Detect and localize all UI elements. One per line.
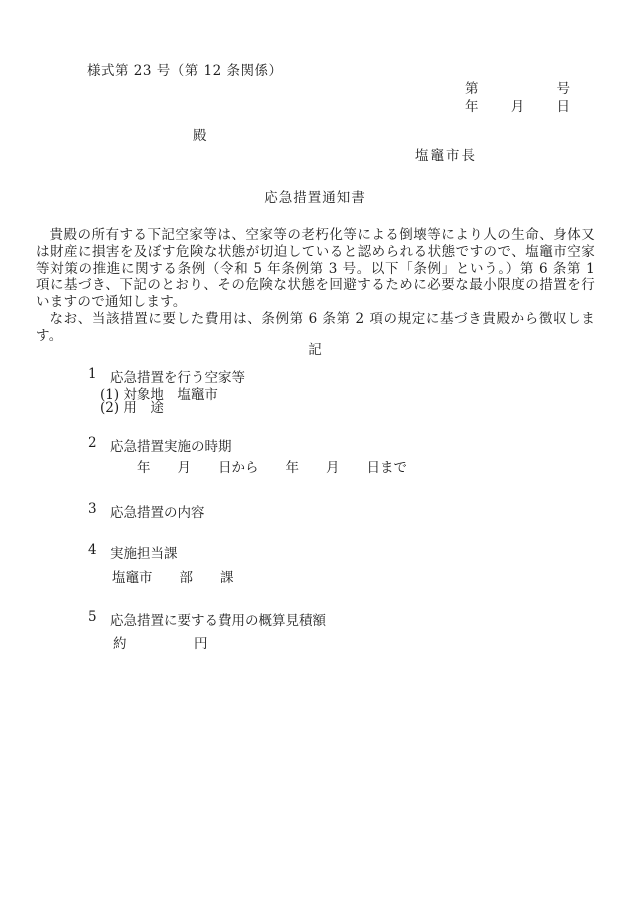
item-5-number: 5 [88, 609, 110, 629]
item-1-sub-usage: (2) 用 途 [100, 396, 164, 416]
item-3-label: 応急措置の内容 [110, 501, 205, 521]
item-4-number: 4 [88, 542, 110, 562]
addressee-honorific: 殿 [193, 124, 207, 144]
document-title: 応急措置通知書 [0, 186, 630, 206]
list-item-5: 5 応急措置に要する費用の概算見積額 [88, 609, 326, 629]
item-5-label: 応急措置に要する費用の概算見積額 [110, 609, 326, 629]
item-4-label: 実施担当課 [110, 542, 178, 562]
document-page: 様式第 23 号（第 12 条関係） 第 号 年 月 日 殿 塩竈市長 応急措置… [0, 0, 630, 903]
date-line: 年 月 日 [465, 95, 570, 115]
item-4-department-blank: 塩竈市 部 課 [112, 566, 234, 586]
form-number-label: 様式第 23 号（第 12 条関係） [87, 59, 283, 79]
item-5-cost-estimate-blank: 約 円 [113, 632, 208, 652]
body-text: 貴殿の所有する下記空家等は、空家等の老朽化等による倒壊等により人の生命、身体又は… [36, 227, 595, 345]
year-label: 年 [465, 95, 479, 115]
list-item-3: 3 応急措置の内容 [88, 501, 205, 521]
doc-number-suffix: 号 [557, 77, 571, 97]
record-heading: 記 [0, 338, 630, 358]
item-2-number: 2 [88, 435, 110, 455]
month-label: 月 [511, 95, 525, 115]
sender-title: 塩竈市長 [415, 144, 477, 164]
item-3-number: 3 [88, 501, 110, 521]
list-item-2: 2 応急措置実施の時期 [88, 435, 232, 455]
day-label: 日 [557, 95, 571, 115]
document-number-line: 第 号 [465, 77, 570, 97]
list-item-4: 4 実施担当課 [88, 542, 178, 562]
body-paragraph-1: 貴殿の所有する下記空家等は、空家等の老朽化等による倒壊等により人の生命、身体又は… [36, 227, 595, 311]
item-2-period-blank: 年 月 日から 年 月 日まで [137, 456, 407, 476]
item-2-label: 応急措置実施の時期 [110, 435, 232, 455]
doc-number-prefix: 第 [465, 77, 479, 97]
